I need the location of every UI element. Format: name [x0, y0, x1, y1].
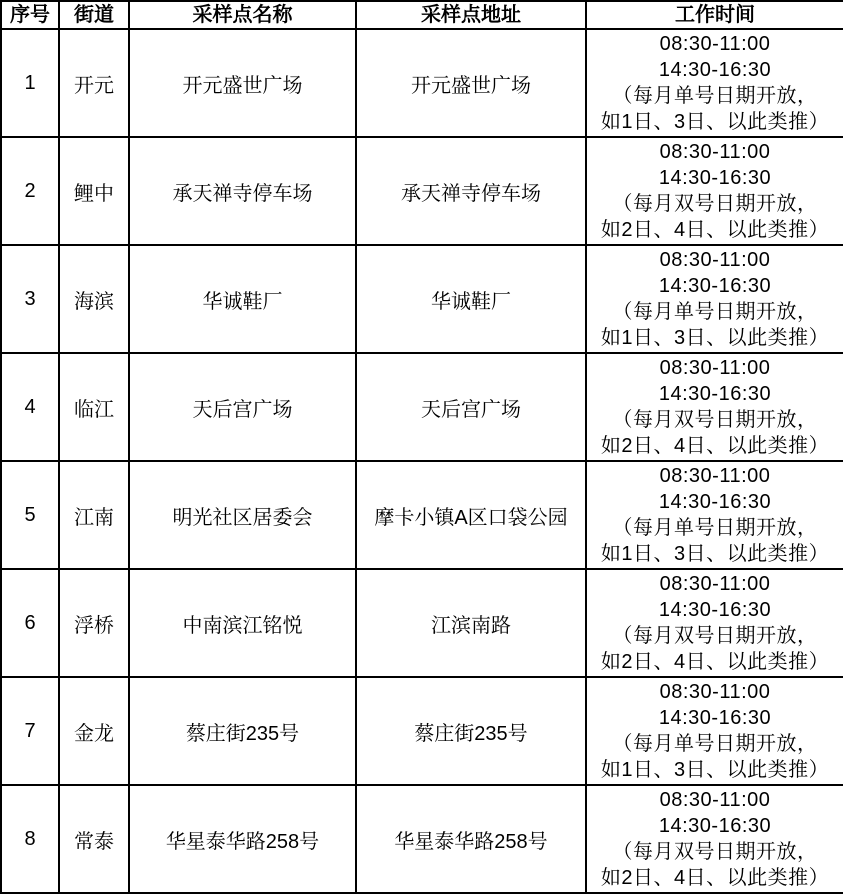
working-hours-note-line1: （每月双号日期开放，	[587, 623, 843, 649]
cell-site-address: 承天禅寺停车场	[356, 137, 586, 245]
working-hours-morning: 08:30-11:00	[587, 679, 843, 705]
cell-working-hours: 08:30-11:00 14:30-16:30 （每月单号日期开放， 如1日、3…	[586, 677, 843, 785]
cell-street: 鲤中	[59, 137, 129, 245]
header-site-address: 采样点地址	[356, 1, 586, 29]
header-site-name: 采样点名称	[129, 1, 356, 29]
cell-serial-number: 3	[1, 245, 59, 353]
working-hours-note-line1: （每月单号日期开放，	[587, 83, 843, 109]
cell-street: 金龙	[59, 677, 129, 785]
working-hours-note-line1: （每月单号日期开放，	[587, 731, 843, 757]
table-row: 1 开元 开元盛世广场 开元盛世广场 08:30-11:00 14:30-16:…	[1, 29, 843, 137]
table-row: 6 浮桥 中南滨江铭悦 江滨南路 08:30-11:00 14:30-16:30…	[1, 569, 843, 677]
working-hours-afternoon: 14:30-16:30	[587, 273, 843, 299]
working-hours-afternoon: 14:30-16:30	[587, 489, 843, 515]
table-row: 3 海滨 华诚鞋厂 华诚鞋厂 08:30-11:00 14:30-16:30 （…	[1, 245, 843, 353]
working-hours-morning: 08:30-11:00	[587, 247, 843, 273]
table-row: 5 江南 明光社区居委会 摩卡小镇A区口袋公园 08:30-11:00 14:3…	[1, 461, 843, 569]
cell-site-address: 华星泰华路258号	[356, 785, 586, 893]
cell-site-name: 承天禅寺停车场	[129, 137, 356, 245]
cell-serial-number: 4	[1, 353, 59, 461]
cell-working-hours: 08:30-11:00 14:30-16:30 （每月双号日期开放， 如2日、4…	[586, 569, 843, 677]
working-hours-afternoon: 14:30-16:30	[587, 57, 843, 83]
cell-working-hours: 08:30-11:00 14:30-16:30 （每月单号日期开放， 如1日、3…	[586, 245, 843, 353]
working-hours-note-line2: 如1日、3日、以此类推）	[587, 325, 843, 351]
cell-site-name: 开元盛世广场	[129, 29, 356, 137]
cell-site-address: 开元盛世广场	[356, 29, 586, 137]
cell-serial-number: 2	[1, 137, 59, 245]
working-hours-morning: 08:30-11:00	[587, 31, 843, 57]
working-hours-note-line1: （每月双号日期开放，	[587, 839, 843, 865]
cell-street: 江南	[59, 461, 129, 569]
working-hours-note-line2: 如2日、4日、以此类推）	[587, 865, 843, 891]
cell-street: 浮桥	[59, 569, 129, 677]
working-hours-note-line2: 如2日、4日、以此类推）	[587, 433, 843, 459]
working-hours-note-line2: 如2日、4日、以此类推）	[587, 217, 843, 243]
cell-site-address: 天后宫广场	[356, 353, 586, 461]
cell-working-hours: 08:30-11:00 14:30-16:30 （每月双号日期开放， 如2日、4…	[586, 785, 843, 893]
cell-street: 常泰	[59, 785, 129, 893]
working-hours-note-line2: 如1日、3日、以此类推）	[587, 109, 843, 135]
working-hours-afternoon: 14:30-16:30	[587, 381, 843, 407]
working-hours-note-line1: （每月单号日期开放，	[587, 515, 843, 541]
working-hours-morning: 08:30-11:00	[587, 139, 843, 165]
header-row: 序号 街道 采样点名称 采样点地址 工作时间	[1, 1, 843, 29]
working-hours-morning: 08:30-11:00	[587, 571, 843, 597]
cell-serial-number: 7	[1, 677, 59, 785]
cell-site-name: 天后宫广场	[129, 353, 356, 461]
cell-site-address: 摩卡小镇A区口袋公园	[356, 461, 586, 569]
cell-serial-number: 8	[1, 785, 59, 893]
header-street: 街道	[59, 1, 129, 29]
cell-serial-number: 1	[1, 29, 59, 137]
cell-site-address: 江滨南路	[356, 569, 586, 677]
cell-site-address: 华诚鞋厂	[356, 245, 586, 353]
working-hours-morning: 08:30-11:00	[587, 355, 843, 381]
table-header: 序号 街道 采样点名称 采样点地址 工作时间	[1, 1, 843, 29]
cell-working-hours: 08:30-11:00 14:30-16:30 （每月双号日期开放， 如2日、4…	[586, 137, 843, 245]
cell-serial-number: 5	[1, 461, 59, 569]
working-hours-afternoon: 14:30-16:30	[587, 705, 843, 731]
header-serial-number: 序号	[1, 1, 59, 29]
working-hours-note-line1: （每月双号日期开放，	[587, 191, 843, 217]
working-hours-note-line1: （每月双号日期开放，	[587, 407, 843, 433]
sampling-sites-table: 序号 街道 采样点名称 采样点地址 工作时间 1 开元 开元盛世广场 开元盛世广…	[0, 0, 843, 894]
cell-site-name: 蔡庄街235号	[129, 677, 356, 785]
cell-street: 临江	[59, 353, 129, 461]
table-row: 2 鲤中 承天禅寺停车场 承天禅寺停车场 08:30-11:00 14:30-1…	[1, 137, 843, 245]
table-row: 4 临江 天后宫广场 天后宫广场 08:30-11:00 14:30-16:30…	[1, 353, 843, 461]
working-hours-note-line2: 如2日、4日、以此类推）	[587, 649, 843, 675]
table-row: 7 金龙 蔡庄街235号 蔡庄街235号 08:30-11:00 14:30-1…	[1, 677, 843, 785]
working-hours-afternoon: 14:30-16:30	[587, 597, 843, 623]
table-body: 1 开元 开元盛世广场 开元盛世广场 08:30-11:00 14:30-16:…	[1, 29, 843, 893]
cell-working-hours: 08:30-11:00 14:30-16:30 （每月双号日期开放， 如2日、4…	[586, 353, 843, 461]
cell-working-hours: 08:30-11:00 14:30-16:30 （每月单号日期开放， 如1日、3…	[586, 461, 843, 569]
cell-street: 海滨	[59, 245, 129, 353]
cell-serial-number: 6	[1, 569, 59, 677]
cell-street: 开元	[59, 29, 129, 137]
working-hours-morning: 08:30-11:00	[587, 463, 843, 489]
cell-working-hours: 08:30-11:00 14:30-16:30 （每月单号日期开放， 如1日、3…	[586, 29, 843, 137]
working-hours-note-line2: 如1日、3日、以此类推）	[587, 541, 843, 567]
header-working-hours: 工作时间	[586, 1, 843, 29]
cell-site-name: 中南滨江铭悦	[129, 569, 356, 677]
working-hours-note-line2: 如1日、3日、以此类推）	[587, 757, 843, 783]
working-hours-afternoon: 14:30-16:30	[587, 165, 843, 191]
working-hours-note-line1: （每月单号日期开放，	[587, 299, 843, 325]
cell-site-name: 华诚鞋厂	[129, 245, 356, 353]
table-row: 8 常泰 华星泰华路258号 华星泰华路258号 08:30-11:00 14:…	[1, 785, 843, 893]
cell-site-name: 明光社区居委会	[129, 461, 356, 569]
working-hours-morning: 08:30-11:00	[587, 787, 843, 813]
cell-site-name: 华星泰华路258号	[129, 785, 356, 893]
working-hours-afternoon: 14:30-16:30	[587, 813, 843, 839]
cell-site-address: 蔡庄街235号	[356, 677, 586, 785]
